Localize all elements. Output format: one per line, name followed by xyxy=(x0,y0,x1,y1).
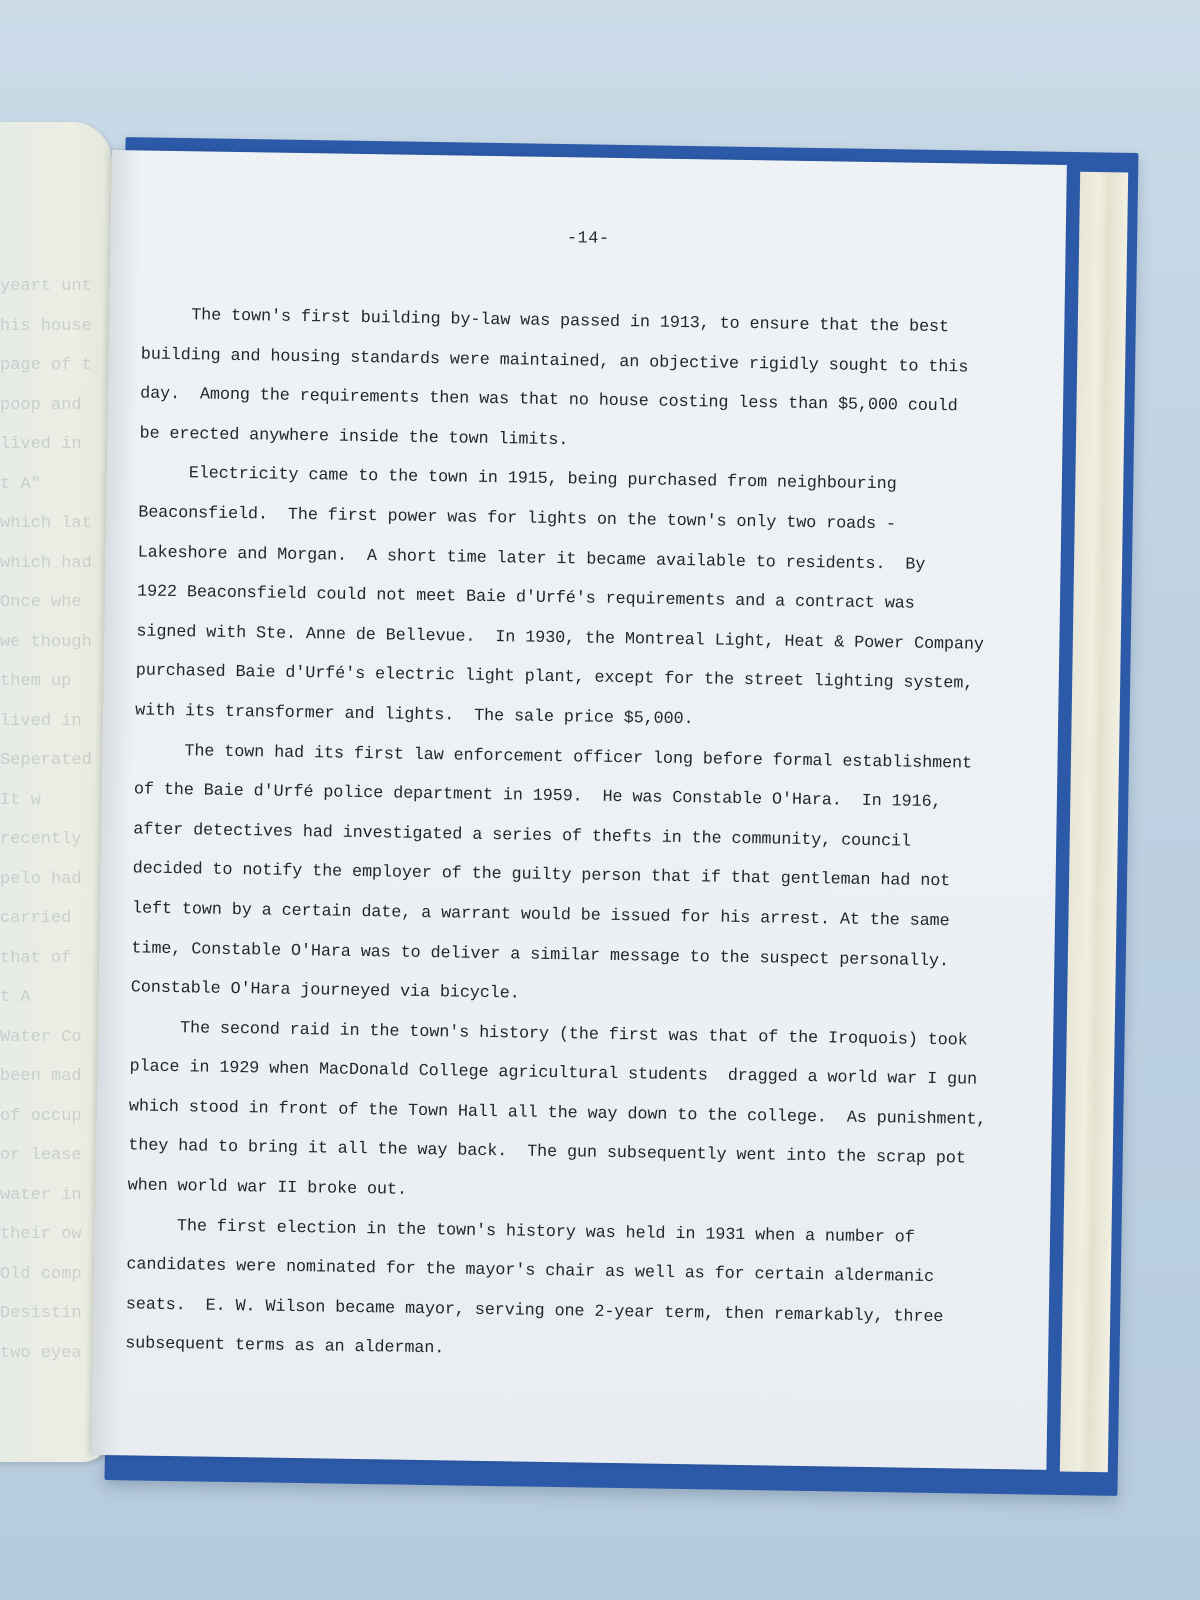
paragraph: The town had its first law enforcement o… xyxy=(131,731,1015,1022)
bleed-through-text: yeart unt his house page of t poop and l… xyxy=(0,267,100,1373)
paragraph: The first election in the town's history… xyxy=(125,1206,1007,1378)
paragraph: The second raid in the town's history (t… xyxy=(127,1008,1010,1220)
document-page: -14- The town's first building by-law wa… xyxy=(92,150,1067,1470)
paragraph: The town's first building by-law was pas… xyxy=(139,295,1021,467)
page-number: -14- xyxy=(111,222,1066,256)
paragraph: Electricity came to the town in 1915, be… xyxy=(135,454,1019,745)
page-body: The town's first building by-law was pas… xyxy=(125,295,1022,1378)
